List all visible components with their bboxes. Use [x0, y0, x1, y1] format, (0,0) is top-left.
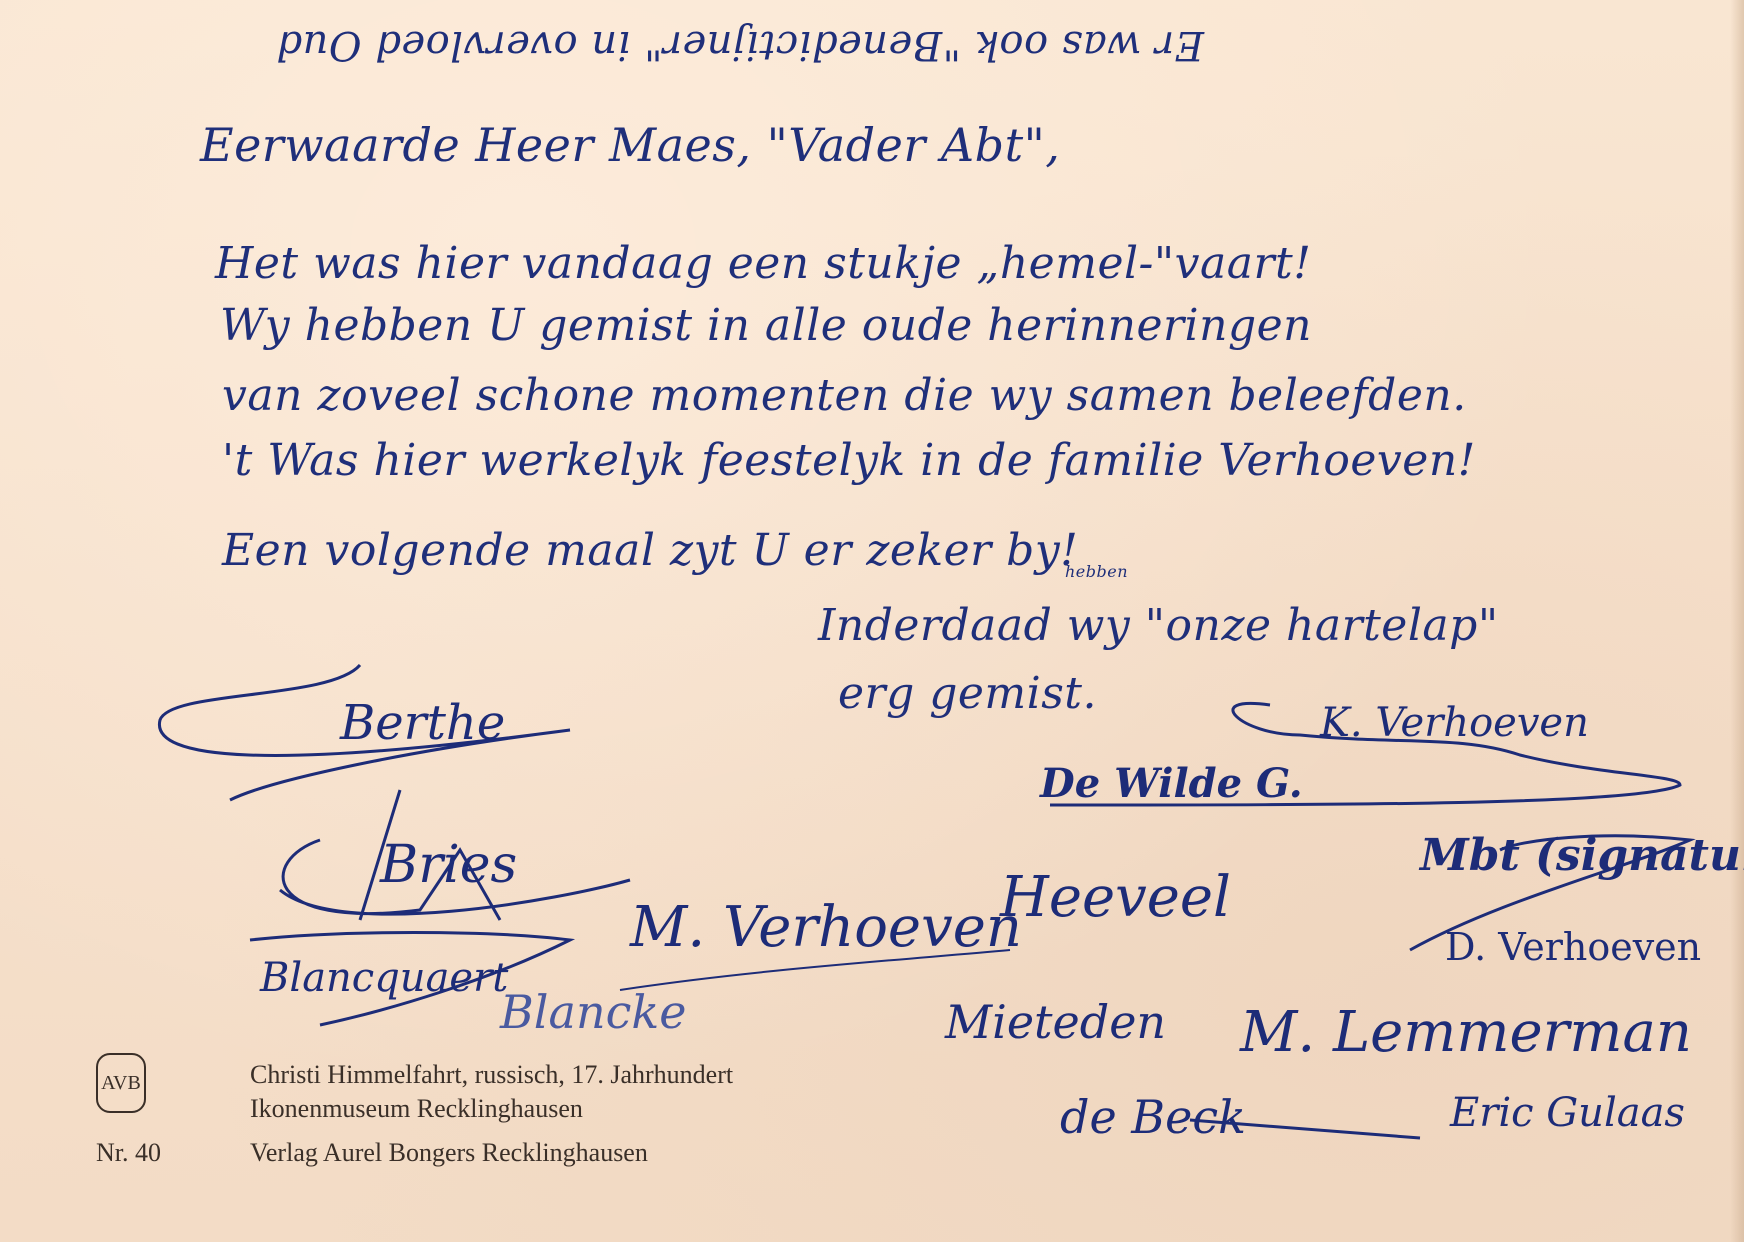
body-line-3: van zoveel schone momenten die wy samen … [222, 370, 1467, 421]
signature-flourish-bries [260, 780, 640, 940]
caption-title: Christi Himmelfahrt, russisch, 17. Jahrh… [250, 1060, 733, 1090]
signature-lemmerman: M. Lemmerman [1240, 1000, 1692, 1065]
postscript-line-1: Inderdaad wy "onze hartelap" [818, 600, 1499, 651]
caption-number: Nr. 40 [96, 1138, 161, 1168]
body-line-1: Het was hier vandaag een stukje „hemel-"… [215, 238, 1311, 289]
signature-heeveel: Heeveel [1000, 865, 1231, 930]
signature-eric-gulaas: Eric Gulaas [1450, 1090, 1685, 1136]
body-line-5: Een volgende maal zyt U er zeker by! [222, 525, 1078, 576]
signature-de-wilde: De Wilde G. [1040, 760, 1303, 807]
publisher-logo-icon: AVB [96, 1053, 146, 1113]
body-line-2: Wy hebben U gemist in alle oude herinner… [220, 300, 1312, 351]
salutation: Eerwaarde Heer Maes, "Vader Abt", [200, 118, 1060, 172]
postscript-insert: hebben [1065, 562, 1128, 581]
signature-mieteden: Mieteden [945, 995, 1166, 1049]
signature-blancke: Blancke [500, 985, 686, 1039]
caption-publisher: Verlag Aurel Bongers Recklinghausen [250, 1138, 648, 1168]
body-line-4: 't Was hier werkelyk feestelyk in de fam… [222, 435, 1476, 486]
card-edge [1730, 0, 1744, 1242]
caption-museum: Ikonenmuseum Recklinghausen [250, 1094, 583, 1124]
signature-d-verhoeven: D. Verhoeven [1445, 925, 1701, 969]
upside-down-note: Er was ook "Benedictijner" in overvloed … [70, 22, 1410, 68]
signature-underline-de-beck [1180, 1110, 1440, 1150]
